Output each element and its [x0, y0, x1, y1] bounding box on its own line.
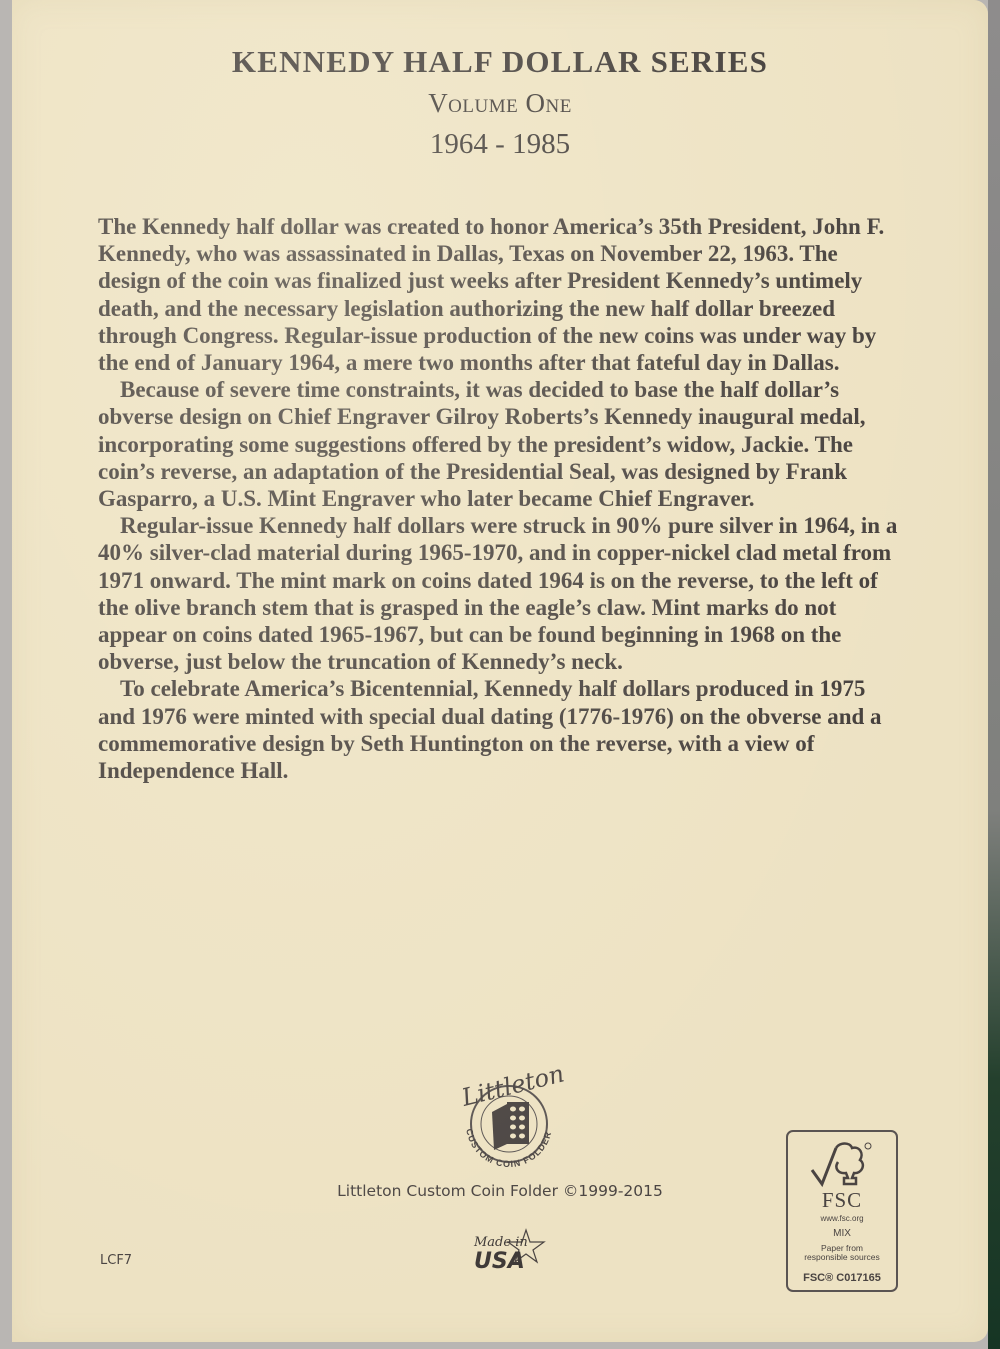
paragraph-design: Because of severe time constraints, it w… [98, 376, 898, 512]
page-title: KENNEDY HALF DOLLAR SERIES [12, 44, 988, 80]
svg-text:USA: USA [474, 1249, 525, 1274]
svg-text:Made in: Made in [473, 1235, 528, 1250]
coin-folder-icon: CUSTOM COIN FOLDER Littleton [444, 1062, 574, 1172]
product-code: LCF7 [100, 1253, 132, 1268]
volume-subtitle: Volume One [12, 88, 988, 119]
folder-back-cover: KENNEDY HALF DOLLAR SERIES Volume One 19… [12, 0, 988, 1342]
fsc-certification-badge: FSC www.fsc.org MIX Paper from responsib… [786, 1130, 898, 1292]
fsc-paper-statement: Paper from responsible sources [788, 1244, 896, 1262]
littleton-logo: CUSTOM COIN FOLDER Littleton [444, 1062, 574, 1172]
fsc-mix-label: MIX [788, 1228, 896, 1239]
paragraph-composition: Regular-issue Kennedy half dollars were … [98, 512, 898, 675]
fsc-tree-icon [808, 1140, 878, 1190]
folder-edge [988, 0, 1000, 1349]
paragraph-bicentennial: To celebrate America’s Bicentennial, Ken… [98, 675, 898, 784]
year-range: 1964 - 1985 [12, 128, 988, 161]
fsc-license-code: FSC® C017165 [788, 1272, 896, 1284]
fsc-logo-text: FSC [788, 1188, 896, 1213]
star-icon: Made in USA [464, 1228, 554, 1274]
description-text: The Kennedy half dollar was created to h… [98, 213, 898, 784]
made-in-usa-mark: Made in USA [464, 1228, 554, 1274]
paragraph-history: The Kennedy half dollar was created to h… [98, 213, 898, 376]
fsc-url: www.fsc.org [788, 1214, 896, 1223]
